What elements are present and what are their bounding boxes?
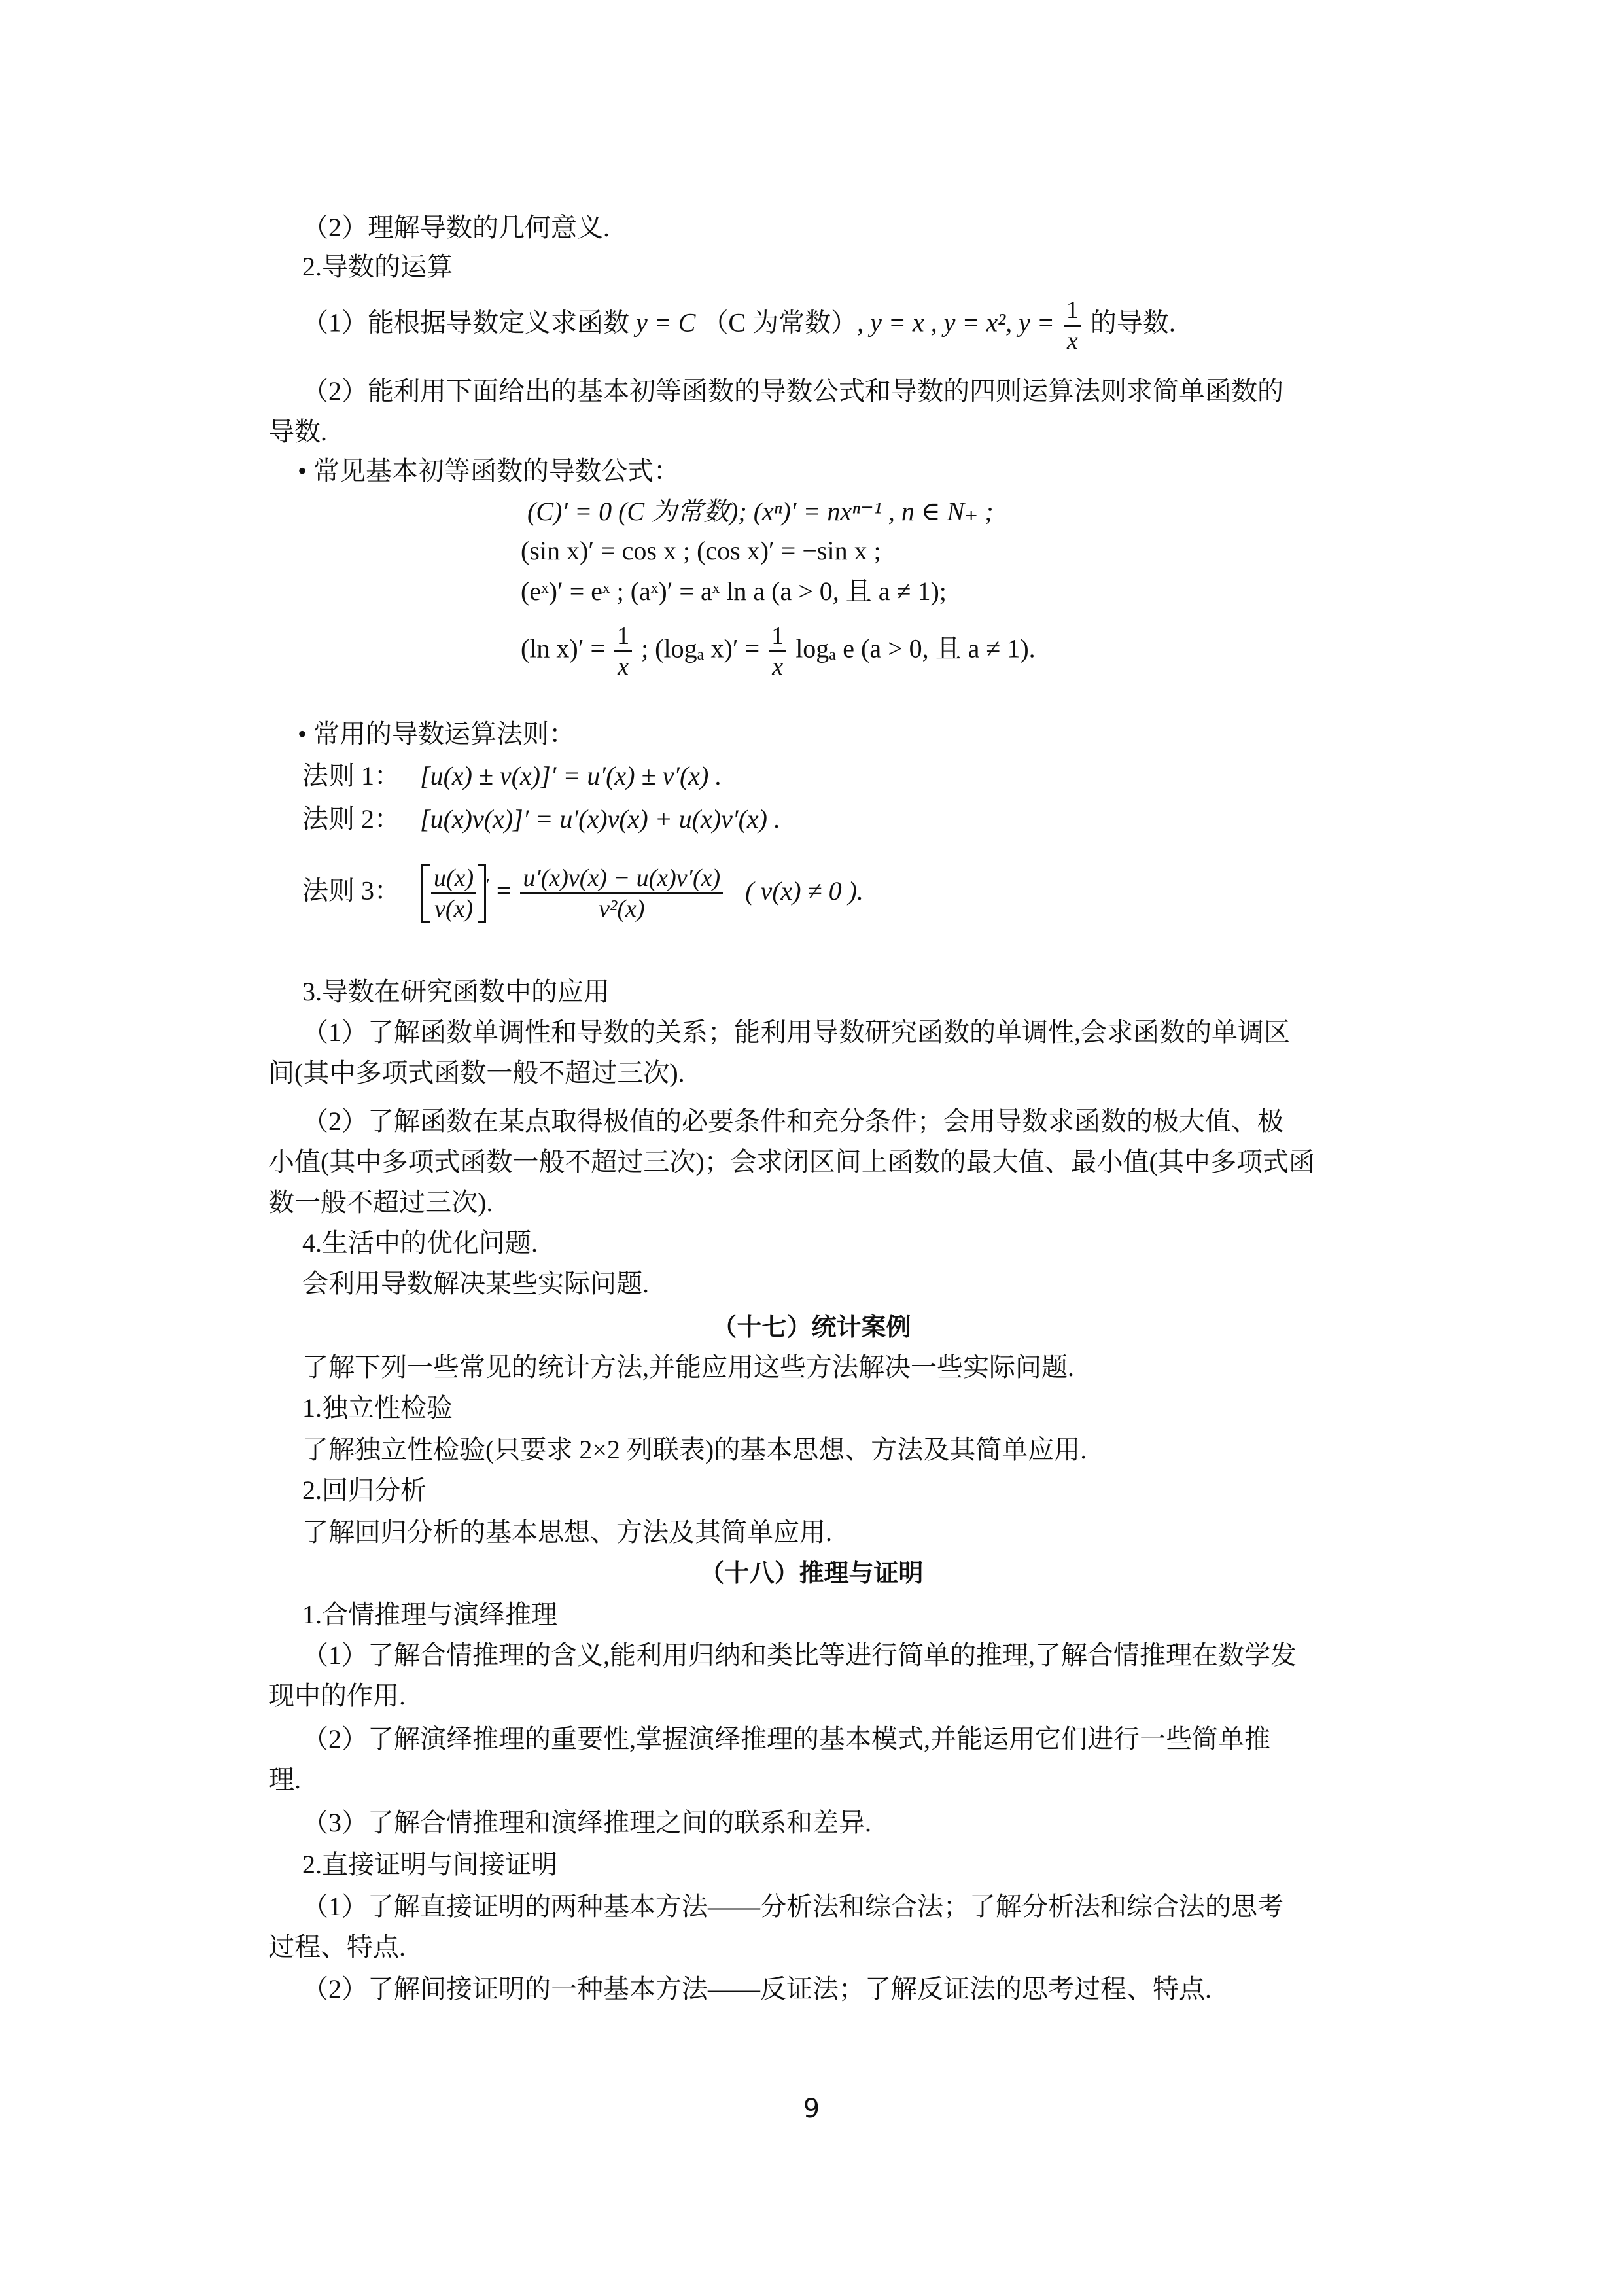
formula-line: (ln x)′ = 1x ; (logₐ x)′ = 1x logₐ e (a …: [521, 622, 1036, 681]
text-line: （2）理解导数的几何意义.: [302, 208, 1427, 247]
denominator: v(x): [431, 894, 476, 923]
formula: y = x , y = x², y =: [870, 308, 1055, 338]
condition: ( v(x) ≠ 0 ).: [745, 876, 864, 906]
subsection-heading: 3.导数在研究函数中的应用: [302, 972, 1427, 1012]
page-number: 9: [0, 2094, 1623, 2124]
text-line: （2）能利用下面给出的基本初等函数的导数公式和导数的四则运算法则求简单函数的: [302, 372, 1427, 411]
text-line: 现中的作用.: [268, 1676, 1393, 1716]
section-heading: （十八）推理与证明: [0, 1553, 1623, 1593]
bullet-heading: • 常用的导数运算法则：: [298, 715, 1423, 754]
formula-line: (C)′ = 0 (C 为常数); (xⁿ)′ = nxⁿ⁻¹ , n ∈ N₊…: [527, 492, 994, 531]
text-line: （3）了解合情推理和演绎推理之间的联系和差异.: [302, 1803, 1427, 1843]
text: （C 为常数）,: [702, 308, 864, 338]
text-line: 会利用导数解决某些实际问题.: [302, 1264, 1427, 1303]
text: 的导数.: [1091, 308, 1176, 338]
text-line: 了解独立性检验(只要求 2×2 列联表)的基本思想、方法及其简单应用.: [302, 1430, 1427, 1470]
rule-line: 法则 1： [u(x) ± v(x)]′ = u′(x) ± v′(x) .: [302, 756, 1427, 796]
prime: ′: [486, 875, 490, 894]
text-line: （2）了解演绎推理的重要性,掌握演绎推理的基本模式,并能运用它们进行一些简单推: [302, 1720, 1427, 1759]
text-line: 小值(其中多项式函数一般不超过三次)；会求闭区间上函数的最大值、最小值(其中多项…: [268, 1142, 1393, 1182]
text-line: 了解回归分析的基本思想、方法及其简单应用.: [302, 1513, 1427, 1552]
rule-line: 法则 3： u(x)v(x) ′ = u′(x)v(x) − u(x)v′(x)…: [302, 864, 864, 923]
formula-line: (sin x)′ = cos x ; (cos x)′ = −sin x ;: [521, 531, 881, 571]
numerator: 1: [614, 622, 632, 652]
subsection-heading: 1.合情推理与演绎推理: [302, 1595, 1427, 1634]
formula: logₐ e (a > 0, 且 a ≠ 1).: [795, 634, 1035, 663]
fraction: 1x: [1064, 296, 1081, 355]
denominator: x: [1064, 327, 1081, 355]
formula: [u(x)v(x)]′ = u′(x)v(x) + u(x)v′(x) .: [420, 804, 780, 834]
rule-label: 法则 2：: [302, 804, 400, 834]
subsection-heading: 2.回归分析: [302, 1471, 1427, 1510]
subsection-heading: 4.生活中的优化问题.: [302, 1224, 1427, 1263]
text-line: （1）了解合情推理的含义,能利用归纳和类比等进行简单的推理,了解合情推理在数学发: [302, 1636, 1427, 1675]
subsection-heading: 2.直接证明与间接证明: [302, 1845, 1427, 1884]
rule-label: 法则 3：: [302, 876, 400, 906]
bracket-fraction: u(x)v(x): [421, 864, 486, 923]
formula: ; (logₐ x)′ =: [641, 634, 759, 663]
text-line: （2）了解间接证明的一种基本方法——反证法；了解反证法的思考过程、特点.: [302, 1969, 1427, 2009]
numerator: u(x): [431, 864, 476, 894]
formula: (eˣ)′ = eˣ ; (aˣ)′ = aˣ ln a (a > 0, 且 a…: [521, 576, 947, 606]
denominator: v²(x): [520, 894, 723, 923]
subsection-heading: 2.导数的运算: [302, 247, 1427, 287]
text-line: 理.: [268, 1760, 1393, 1799]
fraction: 1x: [769, 622, 786, 681]
formula-line: (eˣ)′ = eˣ ; (aˣ)′ = aˣ ln a (a > 0, 且 a…: [521, 572, 947, 611]
text-line: 数一般不超过三次).: [268, 1183, 1393, 1222]
denominator: x: [769, 652, 786, 681]
rule-label: 法则 1：: [302, 761, 400, 790]
formula: y = C: [636, 308, 695, 338]
document-page: （2）理解导数的几何意义. 2.导数的运算 （1）能根据导数定义求函数 y = …: [0, 0, 1623, 2296]
text-line-with-math: （1）能根据导数定义求函数 y = C （C 为常数）, y = x , y =…: [302, 296, 1427, 355]
formula: (ln x)′ =: [521, 634, 605, 663]
text-line: 了解下列一些常见的统计方法,并能应用这些方法解决一些实际问题.: [302, 1348, 1427, 1387]
text-line: 间(其中多项式函数一般不超过三次).: [268, 1053, 1393, 1093]
fraction: 1x: [614, 622, 632, 681]
fraction: u(x)v(x): [431, 864, 476, 923]
section-heading: （十七）统计案例: [0, 1307, 1623, 1347]
numerator: 1: [1064, 296, 1081, 327]
rule-line: 法则 2： [u(x)v(x)]′ = u′(x)v(x) + u(x)v′(x…: [302, 800, 1427, 839]
numerator: 1: [769, 622, 786, 652]
formula: (C)′ = 0 (C 为常数); (xⁿ)′ = nxⁿ⁻¹ , n ∈ N₊…: [527, 497, 994, 526]
formula: (sin x)′ = cos x ; (cos x)′ = −sin x ;: [521, 536, 881, 565]
bullet-heading: • 常见基本初等函数的导数公式：: [298, 451, 1423, 491]
denominator: x: [614, 652, 632, 681]
formula: [u(x) ± v(x)]′ = u′(x) ± v′(x) .: [420, 761, 722, 790]
text-line: 导数.: [268, 412, 1393, 451]
subsection-heading: 1.独立性检验: [302, 1388, 1427, 1428]
fraction: u′(x)v(x) − u(x)v′(x)v²(x): [520, 864, 723, 923]
text: （1）能根据导数定义求函数: [302, 308, 629, 338]
text-line: （1）了解直接证明的两种基本方法——分析法和综合法；了解分析法和综合法的思考: [302, 1887, 1427, 1926]
equals: =: [497, 876, 512, 906]
numerator: u′(x)v(x) − u(x)v′(x): [520, 864, 723, 894]
text-line: 过程、特点.: [268, 1928, 1393, 1967]
text-line: （1）了解函数单调性和导数的关系；能利用导数研究函数的单调性,会求函数的单调区: [302, 1013, 1427, 1052]
text-line: （2）了解函数在某点取得极值的必要条件和充分条件；会用导数求函数的极大值、极: [302, 1102, 1427, 1141]
